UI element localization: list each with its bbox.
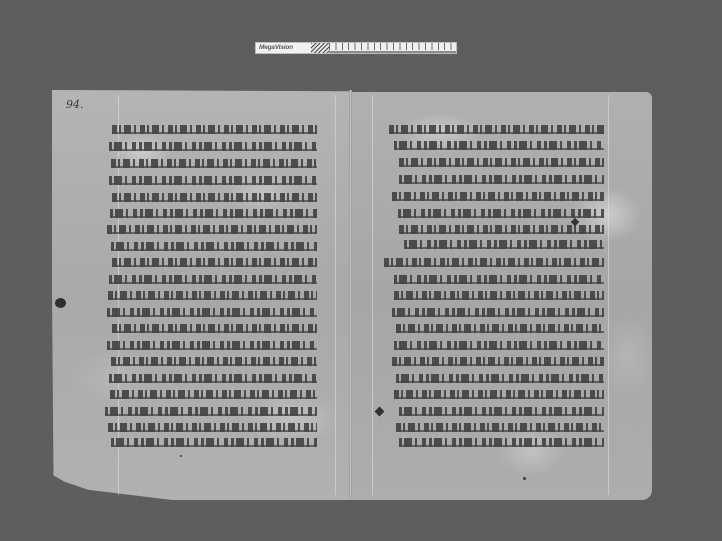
text-line xyxy=(394,341,604,350)
text-line xyxy=(111,242,317,251)
text-line xyxy=(112,258,317,267)
text-line xyxy=(111,159,317,168)
text-line xyxy=(384,258,604,267)
right-page-text xyxy=(382,125,604,445)
text-line xyxy=(112,193,317,202)
text-line xyxy=(109,142,317,151)
text-line xyxy=(396,423,604,432)
text-line xyxy=(111,438,317,447)
parchment-speck xyxy=(180,455,182,457)
text-line xyxy=(112,125,317,134)
text-line xyxy=(394,390,604,399)
left-page-ruling xyxy=(335,95,336,495)
text-line xyxy=(107,308,317,317)
text-line xyxy=(110,390,317,399)
text-line xyxy=(109,275,317,284)
left-page-text xyxy=(105,125,317,445)
text-line xyxy=(392,308,604,317)
scale-bar-ruler xyxy=(329,43,456,53)
text-line xyxy=(399,175,604,184)
text-line xyxy=(394,275,604,284)
text-line xyxy=(394,141,604,150)
text-line xyxy=(392,192,604,201)
text-line xyxy=(110,209,317,218)
text-line xyxy=(105,407,317,416)
text-line xyxy=(394,291,604,300)
text-line xyxy=(112,324,317,333)
text-line xyxy=(399,407,604,416)
page-gutter-fold xyxy=(349,90,352,500)
text-line xyxy=(392,357,604,366)
megavision-logo: MegaVision xyxy=(256,43,311,53)
text-line xyxy=(396,324,604,333)
folio-number: 94. xyxy=(66,98,84,111)
text-line xyxy=(399,438,604,447)
text-line xyxy=(109,176,317,185)
text-line xyxy=(107,225,317,234)
text-line xyxy=(108,423,317,432)
text-line xyxy=(108,291,317,300)
parchment-speck xyxy=(523,477,526,480)
image-canvas: MegaVision 94. xyxy=(0,0,722,541)
text-line xyxy=(399,225,604,234)
text-line xyxy=(404,240,604,249)
right-page-ruling xyxy=(372,95,373,495)
parchment-hole xyxy=(55,298,66,308)
text-line xyxy=(107,341,317,350)
text-line xyxy=(398,209,604,218)
text-line xyxy=(399,158,604,167)
scale-bar-hatch xyxy=(311,43,329,53)
text-line xyxy=(389,125,604,134)
megavision-scale-bar: MegaVision xyxy=(255,42,457,54)
right-margin-ruling xyxy=(608,95,609,495)
text-line xyxy=(109,374,317,383)
text-line xyxy=(396,374,604,383)
text-line xyxy=(111,357,317,366)
